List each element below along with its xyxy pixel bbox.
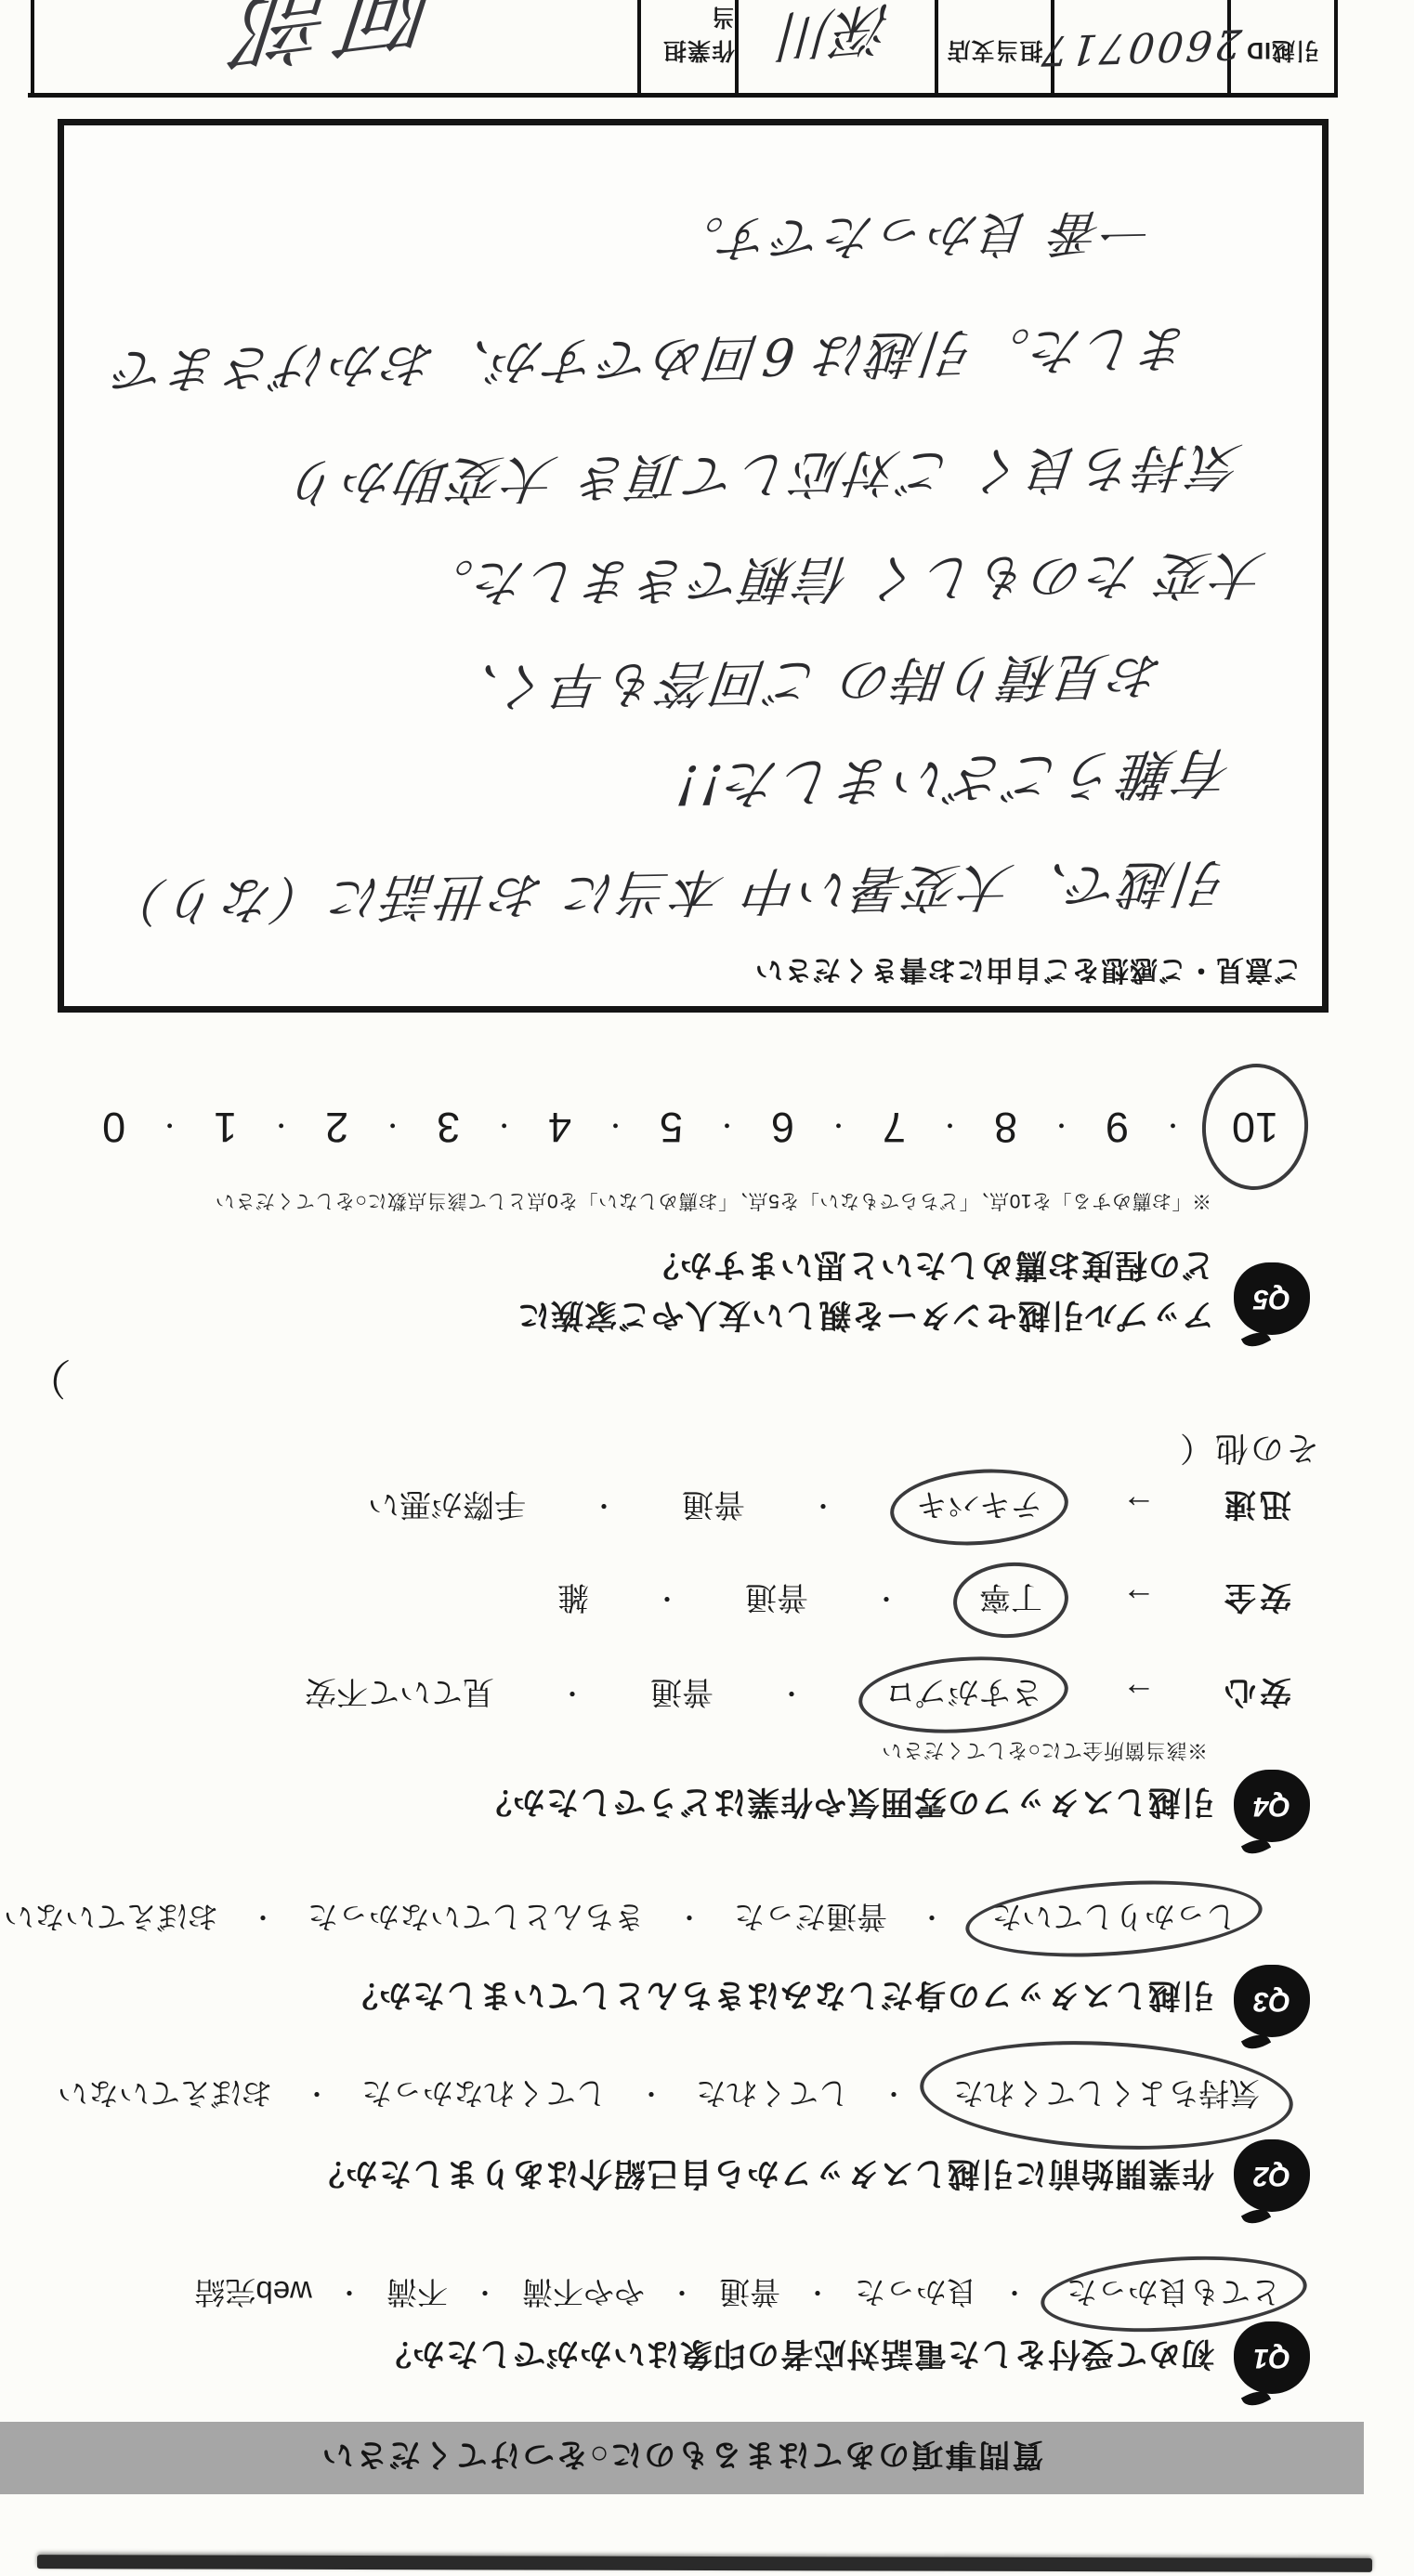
answer-option: やや不満 <box>522 2272 645 2316</box>
q5-badge-apple-icon: Q5 <box>1234 1262 1310 1335</box>
option-separator: ・ <box>873 1582 899 1619</box>
q3-badge-apple-icon: Q3 <box>1234 1965 1310 2037</box>
option-separator: ・ <box>654 1582 680 1619</box>
q5-badge-label: Q5 <box>1253 1283 1290 1314</box>
comment-box: ご意見・ご感想をご自由にお書きください 引越で、大変暑い中 本当に お世話に（な… <box>58 119 1329 1013</box>
scale-separator: ・ <box>715 1110 740 1144</box>
survey-document-rotated: 質問事項のあてはまるものに○をつけてください Q1 初めて受付をした電話対応者の… <box>0 0 1414 2576</box>
answer-option: 雑 <box>557 1577 589 1623</box>
answer-option: 手際が悪い <box>368 1484 526 1530</box>
handwritten-line: ました。引越は 6回めですが、おかげさまで <box>59 284 1196 412</box>
scale-value: 10 <box>1217 1095 1293 1158</box>
option-separator: ・ <box>779 1677 805 1714</box>
q2-title: 作業開始前に引越しスタッフから自己紹介はありましたか？ <box>311 2152 1214 2199</box>
scale-separator: ・ <box>492 1110 517 1144</box>
arrow-right-icon: → <box>1122 1488 1156 1527</box>
scale-separator: ・ <box>1049 1110 1073 1144</box>
option-separator: ・ <box>1002 2276 1028 2313</box>
answer-option: 普通 <box>682 1484 745 1530</box>
q4-row-安心: 安心→さすがプロ・普通・見ていて不安 <box>305 1665 1291 1725</box>
q4-title: 引越しスタッフの雰囲気や作業はどうでしたか？ <box>478 1781 1214 1827</box>
q4-other-field-open: その他（ <box>1178 1427 1319 1474</box>
option-separator: ・ <box>472 2276 498 2313</box>
q4-other-field-close: ） <box>22 1345 73 1412</box>
answer-option: 不満 <box>386 2272 448 2316</box>
section-header-text: 質問事項のあてはまるものに○をつけてください <box>321 2436 1044 2481</box>
q5-title-line2: どの程度お薦めしたいと思いますか？ <box>646 1244 1214 1290</box>
arrow-right-icon: → <box>1122 1676 1156 1715</box>
answer-option: web完結 <box>194 2272 312 2316</box>
q4-row-label: 迅速 <box>1221 1484 1291 1530</box>
answer-option: 見ていて不安 <box>305 1672 494 1718</box>
answer-option: 普通 <box>650 1672 714 1718</box>
q2-badge-apple-icon: Q2 <box>1234 2139 1310 2212</box>
scale-value: 0 <box>102 1103 125 1151</box>
arrow-right-icon: → <box>1122 1581 1156 1620</box>
q1-badge-apple-icon: Q1 <box>1234 2321 1310 2394</box>
option-separator: ・ <box>669 2276 695 2313</box>
answer-option: 普通だった <box>734 1897 887 1941</box>
footer-label-引越ID: 引越ID <box>1227 0 1334 93</box>
handwritten-line: 大変 たのもしく 信頼できました。 <box>60 511 1271 628</box>
answer-option: してくれなかった <box>361 2073 607 2117</box>
answer-option: 普通 <box>719 2272 780 2316</box>
scale-value: 7 <box>883 1103 906 1151</box>
scanned-survey-sheet: 質問事項のあてはまるものに○をつけてください Q1 初めて受付をした電話対応者の… <box>0 0 1414 2576</box>
scale-separator: ・ <box>827 1110 851 1144</box>
option-separator: ・ <box>559 1677 585 1714</box>
q4-badge-apple-icon: Q4 <box>1234 1770 1310 1842</box>
handwritten-line: 一番 良かったです。 <box>59 166 1159 290</box>
scale-value: 8 <box>994 1103 1017 1151</box>
handwritten-line: お見積り時の ご回答も早く、 <box>59 612 1169 736</box>
handwritten-text: 2600717 <box>1038 20 1244 74</box>
handwritten-text: 阿部 <box>225 0 447 103</box>
answer-option: とても良かった <box>1052 2265 1296 2323</box>
q3-options: しっかりしていた・普通だった・きちんとしていなかった・おぼえていない <box>4 1890 1251 1948</box>
option-separator: ・ <box>919 1901 945 1938</box>
comment-box-label: ご意見・ご感想をご自由にお書きください <box>754 952 1302 993</box>
handwritten-line: 気持ち良く ご対応して頂き 大変助かり <box>59 403 1248 528</box>
scale-value: 2 <box>325 1103 348 1151</box>
q1-title: 初めて受付をした電話対応者の印象はいかがでしたか？ <box>378 2333 1214 2379</box>
footer-handwritten-value: 阿部 <box>31 0 637 93</box>
q2-options: 気持ちよくしてくれた・してくれた・してくれなかった・おぼえていない <box>58 2066 1275 2125</box>
answer-option: 良かった <box>855 2272 977 2316</box>
option-separator: ・ <box>676 1901 702 1938</box>
scale-separator: ・ <box>269 1110 294 1144</box>
q1-options: とても良かった・良かった・普通・やや不満・不満・web完結 <box>194 2265 1296 2323</box>
option-separator: ・ <box>881 2077 907 2114</box>
q1-badge-label: Q1 <box>1253 2342 1290 2373</box>
form-id-header-strip: 引越ID2600717担当支店深川作業担当阿部 <box>28 0 1338 98</box>
q4-row-label: 安心 <box>1221 1672 1291 1718</box>
scale-value: 4 <box>548 1103 571 1151</box>
scale-value: 6 <box>771 1103 794 1151</box>
q4-note: ※該当箇所全てに○をしてください <box>882 1737 1208 1766</box>
answer-option: してくれた <box>696 2073 849 2117</box>
answer-option: 普通 <box>745 1577 808 1623</box>
option-separator: ・ <box>591 1489 617 1526</box>
q4-row-安全: 安全→丁寧・普通・雑 <box>557 1570 1291 1630</box>
answer-option: おぼえていない <box>58 2073 272 2117</box>
scale-separator: ・ <box>1160 1110 1185 1144</box>
footer-label-担当支店: 担当支店 <box>935 0 1051 93</box>
scale-value: 1 <box>214 1103 237 1151</box>
q2-badge-label: Q2 <box>1253 2160 1290 2191</box>
handwritten-text: 深川 <box>780 0 893 81</box>
option-separator: ・ <box>304 2077 330 2114</box>
handwritten-comment: 引越で、大変暑い中 本当に お世話に（なり）有難うございました!!お見積り時の … <box>64 176 1322 934</box>
footer-handwritten-value: 深川 <box>735 0 935 93</box>
option-separator: ・ <box>638 2077 664 2114</box>
q3-badge-label: Q3 <box>1253 1985 1290 2017</box>
answer-option: 丁寧 <box>964 1570 1057 1630</box>
answer-option: きちんとしていなかった <box>308 1897 645 1941</box>
scan-page-edge-shadow <box>37 2555 1372 2572</box>
footer-label-作業担当: 作業担当 <box>637 0 735 93</box>
option-separator: ・ <box>250 1901 276 1938</box>
scale-separator: ・ <box>158 1110 182 1144</box>
scale-separator: ・ <box>604 1110 628 1144</box>
answer-option: 気持ちよくしてくれた <box>938 2066 1275 2125</box>
answer-option: さすがプロ <box>870 1665 1057 1725</box>
scale-value: 9 <box>1106 1103 1129 1151</box>
answer-option: おぼえていない <box>4 1897 218 1941</box>
option-separator: ・ <box>336 2276 362 2313</box>
q4-row-label: 安全 <box>1221 1577 1291 1623</box>
q5-title-line1: アップル引越センターを親しい友人やご家族に <box>517 1294 1214 1340</box>
q4-badge-label: Q4 <box>1253 1790 1290 1822</box>
answer-option: テキパキ <box>901 1477 1057 1537</box>
option-separator: ・ <box>810 1489 836 1526</box>
option-separator: ・ <box>805 2276 831 2313</box>
answer-option: しっかりしていた <box>976 1890 1251 1948</box>
scale-value: 5 <box>660 1103 683 1151</box>
scale-value: 3 <box>437 1103 460 1151</box>
footer-handwritten-value: 2600717 <box>1051 0 1227 93</box>
q5-note: ※「お薦めする」を10点、「どちらでもない」を5点、「お薦めしない」を0点として… <box>215 1188 1211 1216</box>
scale-separator: ・ <box>381 1110 405 1144</box>
section-header-bar: 質問事項のあてはまるものに○をつけてください <box>0 2422 1364 2494</box>
q5-nps-scale: 10・9・8・7・6・5・4・3・2・1・0 <box>102 1095 1293 1158</box>
q3-title: 引越しスタッフの身だしなみはきちんとしていましたか？ <box>345 1974 1214 2020</box>
scale-separator: ・ <box>937 1110 962 1144</box>
q4-row-迅速: 迅速→テキパキ・普通・手際が悪い <box>368 1477 1291 1537</box>
